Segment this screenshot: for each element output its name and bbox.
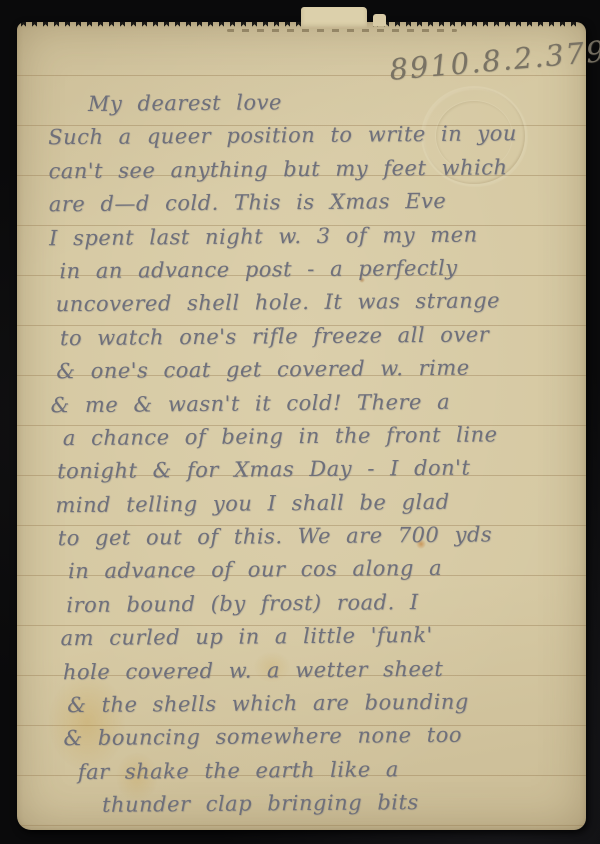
letter-line: a chance of being in the front line [63,418,576,456]
letter-line: mind telling you I shall be glad [55,484,576,522]
letter-line: & bouncing somewhere none too [63,718,578,756]
letter-line: I spent last night w. 3 of my men [49,217,574,255]
photo-background: 8910.8.2.379/1 My dearest love Such a qu… [0,0,600,844]
letter-line: in advance of our cos along a [68,551,577,589]
letter-line: are d—d cold. This is Xmas Eve [49,184,574,222]
letter-line: to watch one's rifle freeze all over [60,317,575,355]
letter-line: can't see anything but my feet which [48,151,573,189]
perforation-dashes [227,29,457,32]
letter-line: uncovered shell hole. It was strange [56,284,575,322]
archival-reference-number: 8910.8.2.379/1 [388,31,600,87]
letter-salutation: My dearest love [88,84,573,122]
letter-line: & me & wasn't it cold! There a [50,384,575,422]
letter-line: iron bound (by frost) road. I [66,585,577,623]
letter-line: thunder clap bringing bits [102,785,579,823]
letter-line: far shake the earth like a [78,752,579,790]
letter-line: tonight & for Xmas Day - I don't [57,451,576,489]
letter-page: 8910.8.2.379/1 My dearest love Such a qu… [17,22,586,830]
letter-line: & the shells which are bounding [67,685,578,723]
letter-line: hole covered w. a wetter sheet [63,651,578,689]
letter-line: Such a queer position to write in you [48,117,573,155]
tape-fragment [301,7,367,29]
letter-line: in an advance post - a perfectly [59,251,574,289]
letter-line: to get out of this. We are 700 yds [58,518,577,556]
letter-line: & one's coat get covered w. rime [56,351,575,389]
handwritten-letter: My dearest love Such a queer position to… [48,84,579,825]
letter-line: am curled up in a little 'funk' [60,618,577,656]
tape-fragment-small [373,14,386,26]
